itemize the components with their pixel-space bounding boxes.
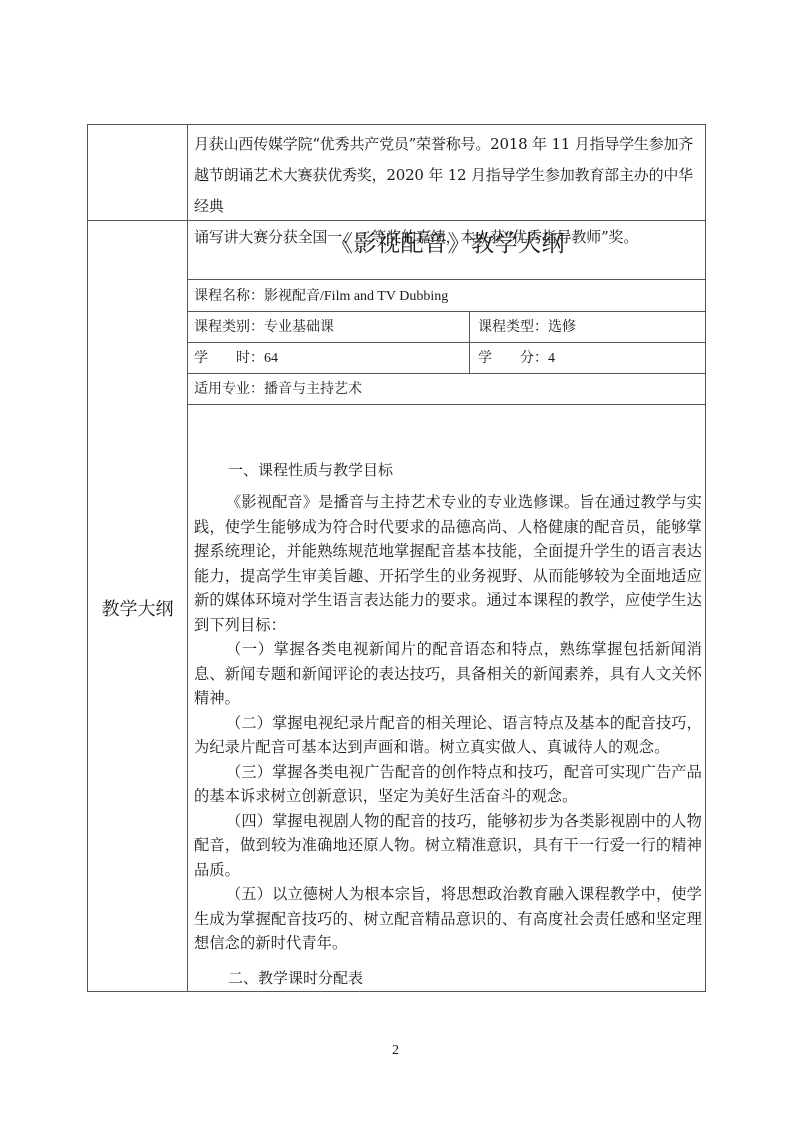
page-number: 2 [392, 1043, 399, 1059]
course-hours-field: 学 时：64 [194, 343, 278, 374]
objective-item: （五）以立德树人为根本宗旨，将思想政治教育融入课程教学中，使学生成为掌握配音技巧… [194, 882, 702, 956]
document-page: 月获山西传媒学院“优秀共产党员”荣誉称号。2018 年 11 月指导学生参加齐 … [0, 0, 794, 1123]
section-label: 教学大纲 [88, 595, 187, 621]
course-name-value: 影视配音/Film and TV Dubbing [264, 289, 448, 304]
course-name-label: 课程名称： [194, 288, 264, 304]
course-hours-value: 64 [264, 351, 278, 366]
objective-item: （二）掌握电视纪录片配音的相关理论、语言特点及基本的配音技巧，为纪录片配音可基本… [194, 711, 702, 760]
section-heading-objectives: 一、课程性质与教学目标 [194, 458, 702, 482]
cell-divider [469, 311, 470, 373]
course-type-field: 课程类型：选修 [478, 312, 576, 342]
course-credits-value: 4 [548, 351, 555, 366]
course-category-label: 课程类别： [194, 319, 264, 335]
applicable-major-value: 播音与主持艺术 [264, 381, 362, 397]
section-heading-hours-table: 二、教学课时分配表 [194, 966, 702, 990]
syllabus-title: 《影视配音》教学大纲 [188, 225, 707, 258]
course-type-value: 选修 [548, 319, 576, 335]
course-type-label: 课程类型： [478, 319, 548, 335]
intro-paragraph: 《影视配音》是播音与主持艺术专业的专业选修课。旨在通过教学与实践，使学生能够成为… [194, 490, 702, 637]
course-credits-field: 学 分：4 [478, 343, 555, 374]
objective-item: （四）掌握电视剧人物的配音的技巧，能够初步为各类影视剧中的人物配音，做到较为准确… [194, 809, 702, 883]
course-name-field: 课程名称：影视配音/Film and TV Dubbing [194, 281, 448, 312]
applicable-major-label: 适用专业： [194, 381, 264, 397]
objective-item: （三）掌握各类电视广告配音的创作特点和技巧，配音可实现广告产品的基本诉求树立创新… [194, 760, 702, 809]
course-category-value: 专业基础课 [264, 319, 334, 335]
course-credits-label: 学 分： [478, 350, 548, 366]
objective-item: （一）掌握各类电视新闻片的配音语态和特点，熟练掌握包括新闻消息、新闻专题和新闻评… [194, 637, 702, 711]
bio-line: 越节朗诵艺术大赛获优秀奖，2020 年 12 月指导学生参加教育部主办的中华经典 [194, 160, 700, 222]
applicable-major-field: 适用专业：播音与主持艺术 [194, 374, 362, 404]
syllabus-body: 一、课程性质与教学目标 《影视配音》是播音与主持艺术专业的专业选修课。旨在通过教… [194, 455, 702, 990]
row-divider [187, 279, 705, 280]
row-divider [187, 404, 705, 405]
row-divider [88, 220, 705, 221]
course-category-field: 课程类别：专业基础课 [194, 312, 334, 342]
course-hours-label: 学 时： [194, 350, 264, 366]
bio-line: 月获山西传媒学院“优秀共产党员”荣誉称号。2018 年 11 月指导学生参加齐 [194, 129, 700, 160]
syllabus-table: 月获山西传媒学院“优秀共产党员”荣誉称号。2018 年 11 月指导学生参加齐 … [87, 124, 706, 992]
